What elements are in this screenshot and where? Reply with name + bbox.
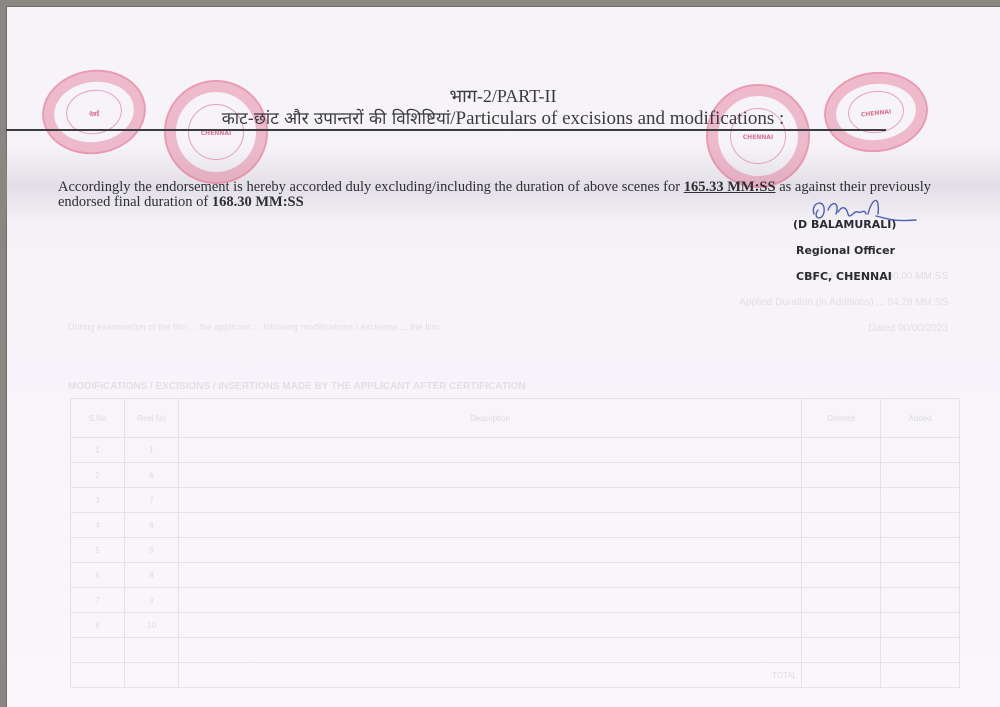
table-cell	[179, 538, 802, 563]
table-cell: TOTAL	[179, 663, 802, 688]
table-cell	[881, 563, 960, 588]
signatory-name: (D BALAMURALI)	[793, 218, 896, 231]
table-cell: 3	[71, 488, 125, 513]
table-cell	[881, 663, 960, 688]
table-cell	[881, 513, 960, 538]
table-cell: 1	[125, 438, 179, 463]
table-cell	[179, 563, 802, 588]
table-cell	[802, 463, 881, 488]
table-row: 810	[71, 613, 960, 638]
table-cell	[802, 613, 881, 638]
bleed-through-paragraph: During examination of the film ... the a…	[68, 322, 948, 332]
table-cell: 9	[125, 588, 179, 613]
table-cell: 8	[71, 613, 125, 638]
scanned-page: चेन्नई CHENNAI CHENNAI CHENNAI भाग-2/PAR…	[6, 6, 1000, 707]
table-cell: 1	[71, 438, 125, 463]
table-cell	[125, 663, 179, 688]
table-cell	[881, 438, 960, 463]
table-row: 58	[71, 538, 960, 563]
part-heading: भाग-2/PART-II	[6, 84, 1000, 108]
table-cell: 8	[125, 538, 179, 563]
table-cell: 8	[125, 513, 179, 538]
table-cell	[881, 538, 960, 563]
table-row: TOTAL	[71, 663, 960, 688]
table-header-cell: Reel No	[125, 399, 179, 438]
table-cell: 4	[71, 513, 125, 538]
heading-rule	[6, 129, 886, 131]
table-cell	[125, 638, 179, 663]
table-cell	[179, 513, 802, 538]
bleed-through-table: S.NoReel NoDescriptionDeletedAdded 11263…	[70, 398, 960, 688]
table-cell	[71, 638, 125, 663]
table-header-cell: Added	[881, 399, 960, 438]
table-cell: 6	[71, 563, 125, 588]
table-cell	[802, 638, 881, 663]
table-row: 11	[71, 438, 960, 463]
section-title-english: /Particulars of excisions and modificati…	[450, 108, 784, 129]
table-cell	[881, 463, 960, 488]
table-header-cell: Deleted	[802, 399, 881, 438]
table-cell: 5	[71, 538, 125, 563]
section-title-hindi: काट-छांट और उपान्तरों की विशिष्टियां	[222, 109, 451, 129]
table-cell	[179, 463, 802, 488]
section-title: काट-छांट और उपान्तरों की विशिष्टियां/Par…	[6, 106, 1000, 130]
table-cell	[802, 488, 881, 513]
table-row: 48	[71, 513, 960, 538]
table-cell	[802, 538, 881, 563]
table-cell	[179, 438, 802, 463]
bleed-through-title: MODIFICATIONS / EXCISIONS / INSERTIONS M…	[68, 381, 526, 392]
table-cell	[179, 488, 802, 513]
table-cell	[802, 588, 881, 613]
table-cell	[179, 613, 802, 638]
table-header-cell: Description	[179, 399, 802, 438]
table-cell	[802, 663, 881, 688]
table-cell	[802, 438, 881, 463]
table-cell: 7	[71, 588, 125, 613]
table-row: 26	[71, 463, 960, 488]
table-cell: 8	[125, 563, 179, 588]
table-cell	[881, 638, 960, 663]
table-row: 79	[71, 588, 960, 613]
table-cell: 2	[71, 463, 125, 488]
table-cell: 6	[125, 463, 179, 488]
table-header-cell: S.No	[71, 399, 125, 438]
table-cell	[802, 563, 881, 588]
table-cell	[179, 638, 802, 663]
previous-duration: 168.30 MM:SS	[212, 194, 304, 210]
table-cell	[881, 613, 960, 638]
table-cell	[881, 588, 960, 613]
table-cell	[881, 488, 960, 513]
table-cell	[71, 663, 125, 688]
table-row: 37	[71, 488, 960, 513]
table-row: 68	[71, 563, 960, 588]
table-cell: 10	[125, 613, 179, 638]
table-cell	[179, 588, 802, 613]
new-duration: 165.33 MM:SS	[684, 179, 776, 195]
signatory-designation: Regional Officer	[796, 244, 896, 257]
table-row	[71, 638, 960, 663]
table-cell: 7	[125, 488, 179, 513]
table-cell	[802, 513, 881, 538]
